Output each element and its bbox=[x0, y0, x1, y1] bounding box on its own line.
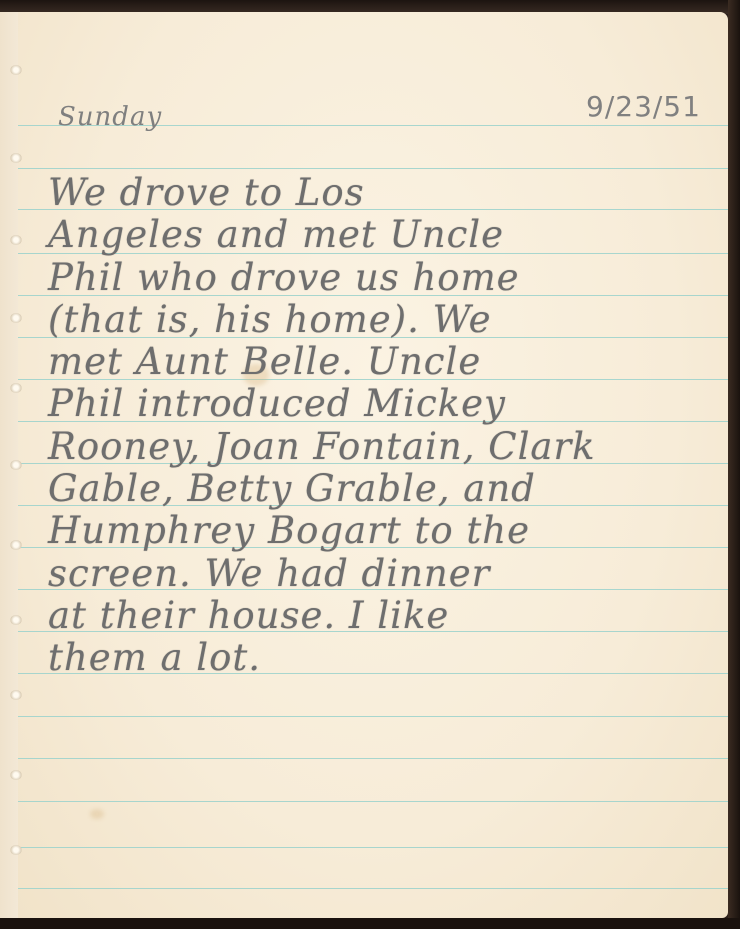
handwritten-line: Phil who drove us home bbox=[48, 257, 728, 299]
handwritten-line: at their house. I like bbox=[48, 595, 728, 637]
rule-line bbox=[18, 801, 728, 802]
rule-line bbox=[18, 888, 728, 889]
entry-date: 9/23/51 bbox=[586, 90, 701, 123]
rule-line bbox=[18, 716, 728, 717]
handwritten-line: Angeles and met Uncle bbox=[48, 214, 728, 256]
stitch-hole bbox=[10, 313, 22, 323]
stitch-hole bbox=[10, 153, 22, 163]
stitch-hole bbox=[10, 235, 22, 245]
entry-body: We drove to Los Angeles and met Uncle Ph… bbox=[48, 172, 728, 680]
stitch-hole bbox=[10, 770, 22, 780]
stitch-hole bbox=[10, 615, 22, 625]
rule-line bbox=[18, 168, 728, 169]
handwritten-line: met Aunt Belle. Uncle bbox=[48, 341, 728, 383]
rule-line bbox=[18, 758, 728, 759]
handwritten-line: We drove to Los bbox=[48, 172, 728, 214]
handwritten-line: Phil introduced Mickey bbox=[48, 383, 728, 425]
paper-stain bbox=[90, 809, 104, 819]
entry-day: Sunday bbox=[58, 102, 162, 132]
stitch-hole bbox=[10, 460, 22, 470]
handwritten-line: screen. We had dinner bbox=[48, 553, 728, 595]
stitch-hole bbox=[10, 540, 22, 550]
entry-header: Sunday 9/23/51 bbox=[18, 12, 728, 142]
stitch-hole bbox=[10, 65, 22, 75]
stitch-hole bbox=[10, 383, 22, 393]
bottom-edge-shadow bbox=[0, 918, 740, 929]
handwritten-line: them a lot. bbox=[48, 637, 728, 679]
rule-line bbox=[18, 847, 728, 848]
handwritten-line: (that is, his home). We bbox=[48, 299, 728, 341]
handwritten-line: Gable, Betty Grable, and bbox=[48, 468, 728, 510]
stitch-hole bbox=[10, 690, 22, 700]
handwritten-line: Humphrey Bogart to the bbox=[48, 510, 728, 552]
handwritten-line: Rooney, Joan Fontain, Clark bbox=[48, 426, 728, 468]
diary-page: Sunday 9/23/51 We drove to Los Angeles a… bbox=[18, 12, 728, 918]
right-edge-shadow bbox=[728, 0, 740, 929]
stitch-hole bbox=[10, 845, 22, 855]
